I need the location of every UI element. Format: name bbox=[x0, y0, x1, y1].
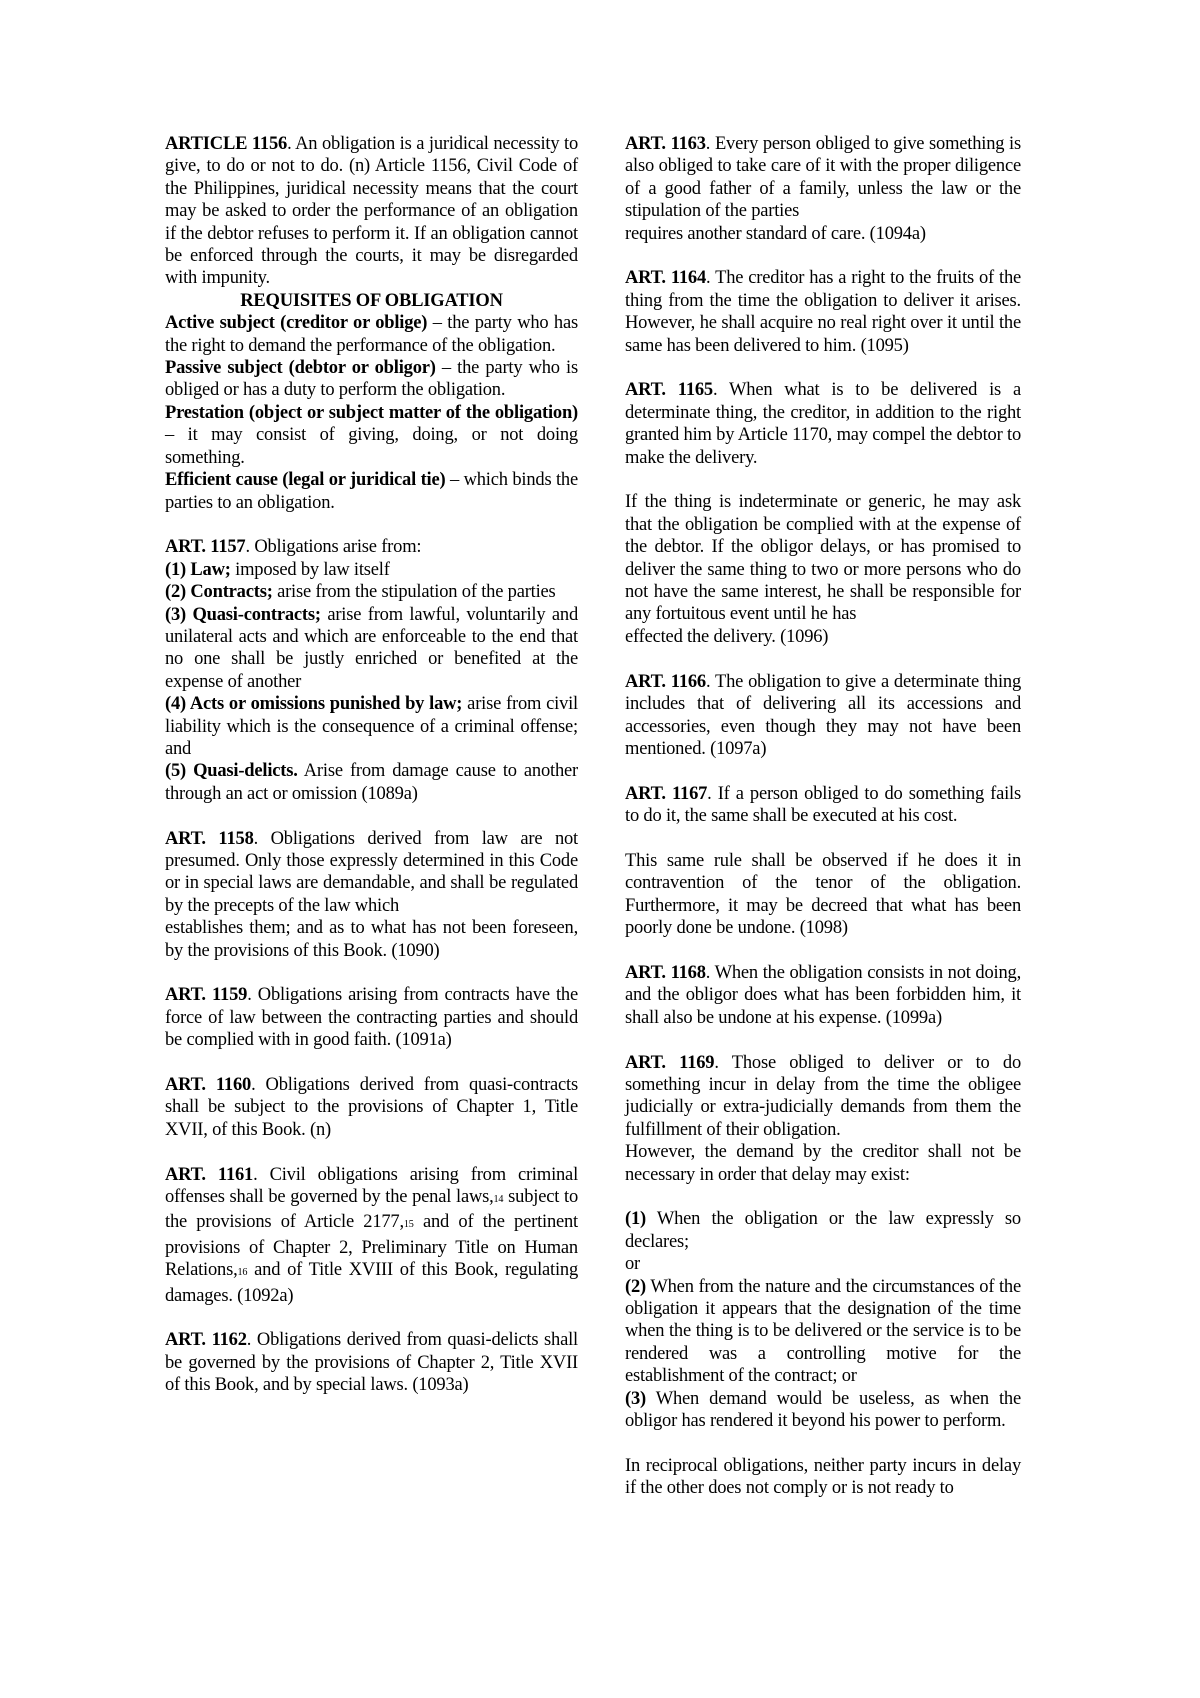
section-heading: REQUISITES OF OBLIGATION bbox=[165, 290, 578, 312]
paragraph: (3) Quasi-contracts; arise from lawful, … bbox=[165, 604, 578, 694]
bold-run: ART. 1159 bbox=[165, 985, 247, 1005]
footnote-number: 14 bbox=[494, 1194, 504, 1205]
column-right: ART. 1163. Every person obliged to give … bbox=[625, 133, 1021, 1500]
bold-run: Efficient cause (legal or juridical tie) bbox=[165, 470, 445, 490]
bold-run: (1) Law; bbox=[165, 560, 231, 580]
paragraph: ART. 1164. The creditor has a right to t… bbox=[625, 267, 1021, 357]
paragraph: ART. 1159. Obligations arising from cont… bbox=[165, 984, 578, 1051]
bold-run: ARTICLE 1156 bbox=[165, 134, 287, 154]
bold-run: Prestation (object or subject matter of … bbox=[165, 403, 578, 423]
bold-run: (2) bbox=[625, 1277, 646, 1297]
bold-run: ART. 1167 bbox=[625, 784, 707, 804]
paragraph: ART. 1167. If a person obliged to do som… bbox=[625, 783, 1021, 828]
bold-run: ART. 1158 bbox=[165, 829, 254, 849]
paragraph: Passive subject (debtor or obligor) – th… bbox=[165, 357, 578, 402]
paragraph: (5) Quasi-delicts. Arise from damage cau… bbox=[165, 760, 578, 805]
paragraph: ART. 1158. Obligations derived from law … bbox=[165, 828, 578, 962]
bold-run: ART. 1157 bbox=[165, 537, 245, 557]
bold-run: (3) Quasi-contracts; bbox=[165, 605, 321, 625]
paragraph: ART. 1168. When the obligation consists … bbox=[625, 962, 1021, 1029]
paragraph: ART. 1160. Obligations derived from quas… bbox=[165, 1074, 578, 1141]
bold-run: Active subject (creditor or oblige) bbox=[165, 313, 427, 333]
paragraph: (1) When the obligation or the law expre… bbox=[625, 1208, 1021, 1275]
bold-run: (1) bbox=[625, 1209, 646, 1229]
paragraph: ARTICLE 1156. An obligation is a juridic… bbox=[165, 133, 578, 290]
bold-run: (2) Contracts; bbox=[165, 582, 273, 602]
bold-run: Passive subject (debtor or obligor) bbox=[165, 358, 436, 378]
footnote-number: 16 bbox=[238, 1267, 248, 1278]
paragraph: (2) When from the nature and the circums… bbox=[625, 1276, 1021, 1388]
paragraph: ART. 1163. Every person obliged to give … bbox=[625, 133, 1021, 245]
bold-run: ART. 1160 bbox=[165, 1075, 251, 1095]
paragraph: (2) Contracts; arise from the stipulatio… bbox=[165, 581, 578, 603]
bold-run: (4) Acts or omissions punished by law; bbox=[165, 694, 462, 714]
column-left: ARTICLE 1156. An obligation is a juridic… bbox=[165, 133, 578, 1397]
footnote-number: 15 bbox=[404, 1219, 414, 1230]
bold-run: ART. 1161 bbox=[165, 1165, 253, 1185]
paragraph: This same rule shall be observed if he d… bbox=[625, 850, 1021, 940]
bold-run: ART. 1165 bbox=[625, 380, 713, 400]
paragraph: Efficient cause (legal or juridical tie)… bbox=[165, 469, 578, 514]
paragraph: ART. 1169. Those obliged to deliver or t… bbox=[625, 1052, 1021, 1186]
paragraph: (1) Law; imposed by law itself bbox=[165, 559, 578, 581]
paragraph: In reciprocal obligations, neither party… bbox=[625, 1455, 1021, 1500]
bold-run: ART. 1162 bbox=[165, 1330, 247, 1350]
paragraph: ART. 1162. Obligations derived from quas… bbox=[165, 1329, 578, 1396]
bold-run: ART. 1169 bbox=[625, 1053, 714, 1073]
paragraph: ART. 1165. When what is to be delivered … bbox=[625, 379, 1021, 469]
bold-run: ART. 1166 bbox=[625, 672, 706, 692]
bold-run: ART. 1164 bbox=[625, 268, 706, 288]
paragraph: ART. 1166. The obligation to give a dete… bbox=[625, 671, 1021, 761]
paragraph: If the thing is indeterminate or generic… bbox=[625, 491, 1021, 648]
paragraph: Active subject (creditor or oblige) – th… bbox=[165, 312, 578, 357]
paragraph: Prestation (object or subject matter of … bbox=[165, 402, 578, 469]
bold-run: ART. 1168 bbox=[625, 963, 706, 983]
bold-run: ART. 1163 bbox=[625, 134, 706, 154]
paragraph: (3) When demand would be useless, as whe… bbox=[625, 1388, 1021, 1433]
paragraph: ART. 1157. Obligations arise from: bbox=[165, 536, 578, 558]
paragraph: ART. 1161. Civil obligations arising fro… bbox=[165, 1164, 578, 1307]
bold-run: (3) bbox=[625, 1389, 646, 1409]
paragraph: (4) Acts or omissions punished by law; a… bbox=[165, 693, 578, 760]
document-page: ARTICLE 1156. An obligation is a juridic… bbox=[0, 0, 1200, 1698]
bold-run: (5) Quasi-delicts. bbox=[165, 761, 298, 781]
